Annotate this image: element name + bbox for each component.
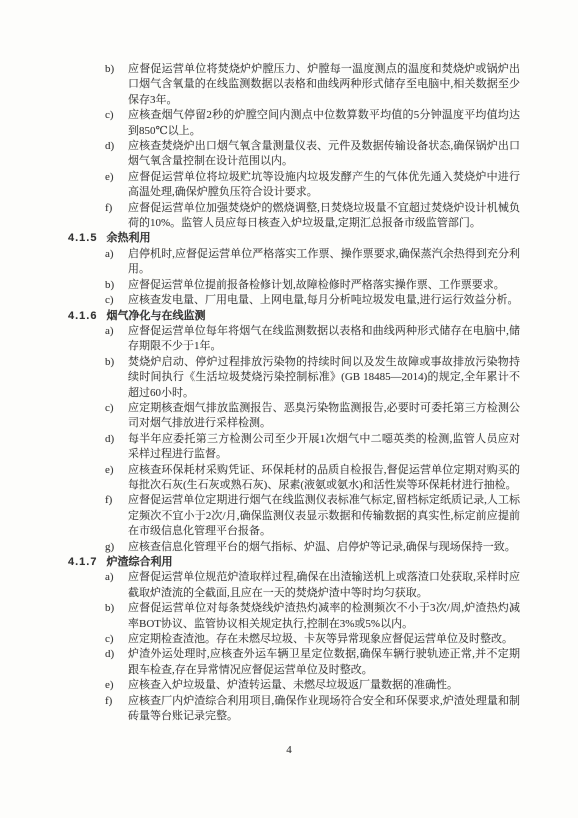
clause-text: 应核查烟气停留2秒的炉膛空间内测点中位数算数平均值的5分钟温度平均值均达到850… xyxy=(128,108,520,139)
clause-label: c) xyxy=(105,293,128,308)
clause-label: b) xyxy=(105,355,128,370)
section-heading: 4.1.7炉渣综合利用 xyxy=(68,555,520,570)
clause-item: f)应核查厂内炉渣综合利用项目,确保作业现场符合安全和环保要求,炉渣处理量和制砖… xyxy=(68,694,520,725)
clause-item: e)应督促运营单位将垃圾贮坑等设施内垃圾发酵产生的气体优先通入焚烧炉中进行高温处… xyxy=(68,170,520,201)
section-number: 4.1.6 xyxy=(68,310,97,322)
clause-label: c) xyxy=(105,632,128,647)
clause-text: 应督促运营单位对每条焚烧线炉渣热灼减率的检测频次不小于3次/周,炉渣热灼减率BO… xyxy=(128,601,520,632)
clause-text: 应核查发电量、厂用电量、上网电量,每月分析吨垃圾发电量,进行运行效益分析。 xyxy=(128,293,520,308)
section-title: 烟气净化与在线监测 xyxy=(106,310,205,322)
clause-label: d) xyxy=(105,432,128,447)
clause-item: a)应督促运营单位规范炉渣取样过程,确保在出渣输送机上或落渣口处获取,采样时应截… xyxy=(68,570,520,601)
clause-item: b)应督促运营单位将焚烧炉炉膛压力、炉膛每一温度测点的温度和焚烧炉或锅炉出口烟气… xyxy=(68,62,520,108)
clause-text: 应定期核查烟气排放监测报告、恶臭污染物监测报告,必要时可委托第三方检测公司对烟气… xyxy=(128,401,520,432)
clause-label: c) xyxy=(105,108,128,123)
clause-item: d)每半年应委托第三方检测公司至少开展1次烟气中二噁英类的检测,监管人员应对采样… xyxy=(68,432,520,463)
clause-label: e) xyxy=(105,463,128,478)
clause-item: d)炉渣外运处理时,应核查外运车辆卫星定位数据,确保车辆行驶轨迹正常,并不定期跟… xyxy=(68,647,520,678)
section-number: 4.1.5 xyxy=(68,232,97,244)
clause-text: 应督促运营单位加强焚烧炉的燃烧调整,日焚烧垃圾量不宜超过焚烧炉设计机械负荷的10… xyxy=(128,201,520,232)
clause-label: a) xyxy=(105,570,128,585)
clause-text: 焚烧炉启动、停炉过程排放污染物的持续时间以及发生故障或事故排放污染物持续时间执行… xyxy=(128,355,520,401)
clause-label: f) xyxy=(105,201,128,216)
clause-label: a) xyxy=(105,247,128,262)
clause-text: 应督促运营单位将垃圾贮坑等设施内垃圾发酵产生的气体优先通入焚烧炉中进行高温处理,… xyxy=(128,170,520,201)
clause-text: 应定期检查渣池。存在未燃尽垃圾、卡灰等异常现象应督促运营单位及时整改。 xyxy=(128,632,520,647)
clause-item: c)应定期检查渣池。存在未燃尽垃圾、卡灰等异常现象应督促运营单位及时整改。 xyxy=(68,632,520,647)
clause-label: e) xyxy=(105,678,128,693)
clause-item: e)应核查入炉垃圾量、炉渣转运量、未燃尽垃圾返厂量数据的准确性。 xyxy=(68,678,520,693)
section-heading: 4.1.5余热利用 xyxy=(68,231,520,246)
clause-label: e) xyxy=(105,170,128,185)
document-page: b)应督促运营单位将焚烧炉炉膛压力、炉膛每一温度测点的温度和焚烧炉或锅炉出口烟气… xyxy=(0,0,578,818)
clause-item: b)应督促运营单位提前报备检修计划,故障检修时严格落实操作票、工作票要求。 xyxy=(68,278,520,293)
page-number: 4 xyxy=(286,744,292,756)
clause-item: a)启停机时,应督促运营单位严格落实工作票、操作票要求,确保蒸汽余热得到充分利用… xyxy=(68,247,520,278)
clause-item: c)应核查烟气停留2秒的炉膛空间内测点中位数算数平均值的5分钟温度平均值均达到8… xyxy=(68,108,520,139)
clause-label: g) xyxy=(105,540,128,555)
section-number: 4.1.7 xyxy=(68,556,97,568)
clause-label: f) xyxy=(105,694,128,709)
clause-label: b) xyxy=(105,62,128,77)
clause-item: b)焚烧炉启动、停炉过程排放污染物的持续时间以及发生故障或事故排放污染物持续时间… xyxy=(68,355,520,401)
clause-text: 应督促运营单位提前报备检修计划,故障检修时严格落实操作票、工作票要求。 xyxy=(128,278,520,293)
clause-item: c)应定期核查烟气排放监测报告、恶臭污染物监测报告,必要时可委托第三方检测公司对… xyxy=(68,401,520,432)
page-footer: 4 xyxy=(0,744,578,756)
section-title: 炉渣综合利用 xyxy=(106,556,172,568)
clause-text: 启停机时,应督促运营单位严格落实工作票、操作票要求,确保蒸汽余热得到充分利用。 xyxy=(128,247,520,278)
clause-item: f)应督促运营单位定期进行烟气在线监测仪表标准气标定,留档标定纸质记录,人工标定… xyxy=(68,493,520,539)
clause-label: f) xyxy=(105,493,128,508)
clause-item: c)应核查发电量、厂用电量、上网电量,每月分析吨垃圾发电量,进行运行效益分析。 xyxy=(68,293,520,308)
clause-label: d) xyxy=(105,647,128,662)
clause-label: b) xyxy=(105,278,128,293)
clause-item: b)应督促运营单位对每条焚烧线炉渣热灼减率的检测频次不小于3次/周,炉渣热灼减率… xyxy=(68,601,520,632)
clause-item: g)应核查信息化管理平台的烟气指标、炉温、启停炉等记录,确保与现场保持一致。 xyxy=(68,540,520,555)
clause-label: a) xyxy=(105,324,128,339)
clause-text: 每半年应委托第三方检测公司至少开展1次烟气中二噁英类的检测,监管人员应对采样过程… xyxy=(128,432,520,463)
section-title: 余热利用 xyxy=(106,232,150,244)
clause-text: 应核查焚烧炉出口烟气氧含量测量仪表、元件及数据传输设备状态,确保锅炉出口烟气氧含… xyxy=(128,139,520,170)
clause-text: 应核查入炉垃圾量、炉渣转运量、未燃尽垃圾返厂量数据的准确性。 xyxy=(128,678,520,693)
clause-text: 应督促运营单位将焚烧炉炉膛压力、炉膛每一温度测点的温度和焚烧炉或锅炉出口烟气含氧… xyxy=(128,62,520,108)
clause-text: 应督促运营单位每年将烟气在线监测数据以表格和曲线两种形式储存在电脑中,储存期限不… xyxy=(128,324,520,355)
clause-item: d)应核查焚烧炉出口烟气氧含量测量仪表、元件及数据传输设备状态,确保锅炉出口烟气… xyxy=(68,139,520,170)
clause-text: 应督促运营单位定期进行烟气在线监测仪表标准气标定,留档标定纸质记录,人工标定频次… xyxy=(128,493,520,539)
clause-text: 炉渣外运处理时,应核查外运车辆卫星定位数据,确保车辆行驶轨迹正常,并不定期跟车检… xyxy=(128,647,520,678)
clause-label: c) xyxy=(105,401,128,416)
clause-text: 应督促运营单位规范炉渣取样过程,确保在出渣输送机上或落渣口处获取,采样时应截取炉… xyxy=(128,570,520,601)
clause-item: e)应核查环保耗材采购凭证、环保耗材的品质自检报告,督促运营单位定期对购买的每批… xyxy=(68,463,520,494)
clause-label: b) xyxy=(105,601,128,616)
document-content: b)应督促运营单位将焚烧炉炉膛压力、炉膛每一温度测点的温度和焚烧炉或锅炉出口烟气… xyxy=(68,62,520,724)
clause-text: 应核查厂内炉渣综合利用项目,确保作业现场符合安全和环保要求,炉渣处理量和制砖量等… xyxy=(128,694,520,725)
clause-text: 应核查信息化管理平台的烟气指标、炉温、启停炉等记录,确保与现场保持一致。 xyxy=(128,540,520,555)
clause-item: a)应督促运营单位每年将烟气在线监测数据以表格和曲线两种形式储存在电脑中,储存期… xyxy=(68,324,520,355)
clause-label: d) xyxy=(105,139,128,154)
clause-text: 应核查环保耗材采购凭证、环保耗材的品质自检报告,督促运营单位定期对购买的每批次石… xyxy=(128,463,520,494)
section-heading: 4.1.6烟气净化与在线监测 xyxy=(68,309,520,324)
clause-item: f)应督促运营单位加强焚烧炉的燃烧调整,日焚烧垃圾量不宜超过焚烧炉设计机械负荷的… xyxy=(68,201,520,232)
